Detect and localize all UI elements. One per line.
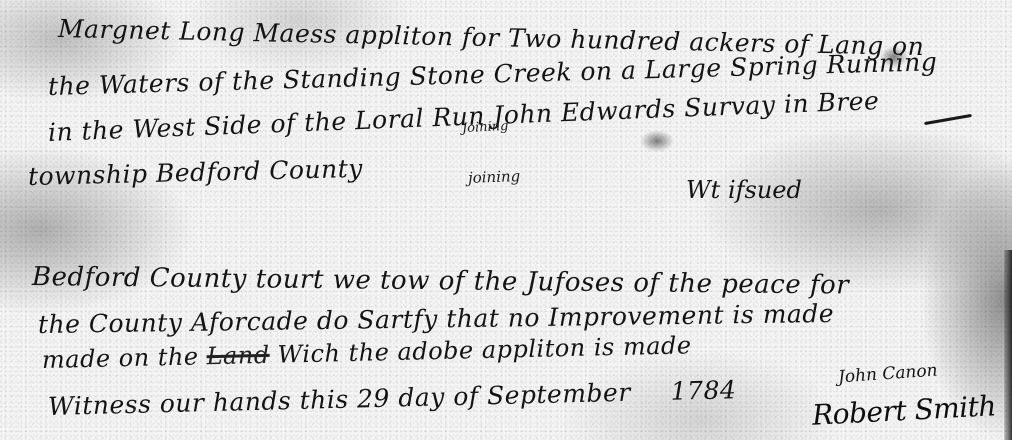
interlinear-insertion-above: Joining <box>462 119 509 136</box>
certificate-line-4: Witness our hands this 29 day of Septemb… <box>48 375 737 421</box>
certificate-line-3: made on theLandWich the adobe appliton i… <box>42 331 692 374</box>
page-edge-shadow <box>1004 250 1012 440</box>
certificate-line-2: the County Aforcade do Sartfy that no Im… <box>38 299 835 339</box>
ink-smudge <box>640 130 674 152</box>
signature-robert-smith: Robert Smith <box>811 389 996 432</box>
struck-out-word: Land <box>206 341 270 370</box>
signature-john-canon: John Canon <box>837 361 938 388</box>
interlinear-insertion-below: joining <box>468 167 521 187</box>
certificate-line-3-end: Wich the adobe appliton is made <box>277 331 692 368</box>
application-line-4: township Bedford County <box>28 154 364 191</box>
certificate-line-3-start: made on the <box>42 342 199 374</box>
line-end-flourish <box>924 114 972 125</box>
witness-date-text: Witness our hands this 29 day of Septemb… <box>48 378 631 421</box>
certificate-line-1: Bedford County tourt we tow of the Jufos… <box>32 262 849 301</box>
issued-mark: Wt ifsued <box>686 176 802 204</box>
ink-smudge <box>880 46 908 68</box>
scanned-document-page: Margnet Long Maess appliton for Two hund… <box>0 0 1012 440</box>
year: 1784 <box>670 375 736 406</box>
